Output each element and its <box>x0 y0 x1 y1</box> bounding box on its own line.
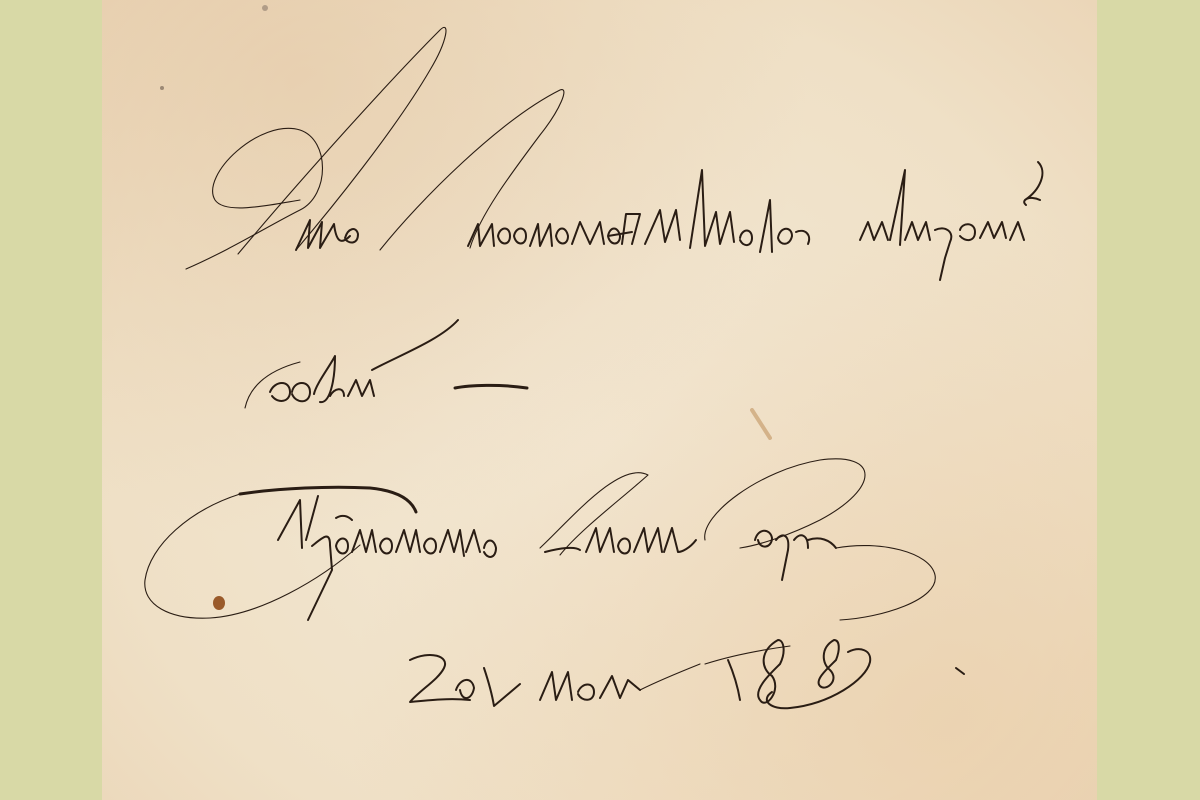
foxing-spot <box>752 410 770 438</box>
line2-handwriting <box>245 320 527 408</box>
line1-handwriting <box>186 27 1042 280</box>
handwriting-canvas <box>102 0 1097 800</box>
date-handwriting <box>410 640 964 708</box>
signature-handwriting <box>145 459 936 620</box>
paper-speck <box>262 5 268 11</box>
ink-blot <box>213 596 225 610</box>
paper-speck <box>160 86 164 90</box>
paper-page: Анне Иосифовне Мирф- ковой — Протоиерей … <box>102 0 1097 800</box>
left-border <box>0 0 102 800</box>
right-border <box>1097 0 1200 800</box>
